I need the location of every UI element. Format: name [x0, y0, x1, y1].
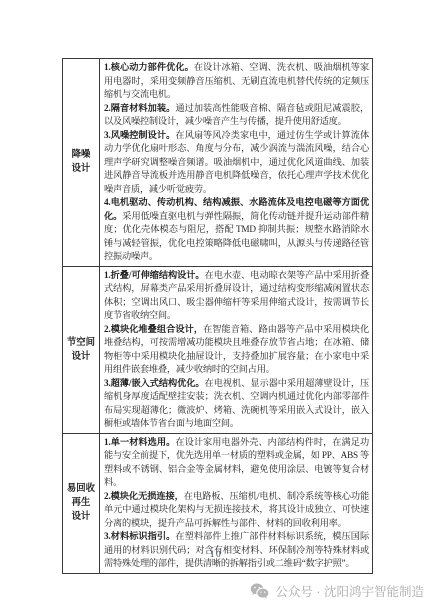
- table-item: 1.折叠/可伸缩结构设计。在电水壶、电动晾衣架等产品中采用折叠式结构，屏幕类产品…: [104, 269, 369, 323]
- watermark-text: 公众号 · 沈阳鸿宇智能制造: [275, 582, 424, 600]
- item-lead: 2.模块化无损连接，: [104, 491, 184, 501]
- table-item: 3.超薄/嵌入式结构优化。在电视机、显示器中采用超薄壁设计，压缩机身厚度适配壁挂…: [104, 377, 369, 431]
- item-lead: 2.模块化堆叠组合设计，: [104, 324, 203, 334]
- item-lead: 2.隔音材料加装。: [104, 103, 175, 113]
- row-label-noise-reduction: 降噪 设计: [63, 59, 100, 266]
- item-lead: 3.风噪控制设计。: [104, 130, 175, 140]
- table-item: 4.电机驱动、传动机构、结构减振、水路流体及电控电磁等方面优化。采用低噪直驱电机…: [104, 196, 369, 264]
- table-item: 2.模块化无损连接，在电路板、压缩机/电机、制冷系统等核心功能单元中通过模块化架…: [104, 490, 369, 531]
- page-number: 10: [0, 550, 432, 560]
- item-lead: 3.超薄/嵌入式结构优化。: [104, 378, 205, 388]
- item-lead: 3.材料标识指引。: [104, 531, 175, 541]
- table-item: 2.模块化堆叠组合设计，在智能音箱、路由器等产品中采用模块化堆叠结构，可按需增减…: [104, 323, 369, 377]
- row-content-space-saving: 1.折叠/可伸缩结构设计。在电水壶、电动晾衣架等产品中采用折叠式结构，屏幕类产品…: [100, 267, 372, 433]
- watermark-footer: 公众号 · 沈阳鸿宇智能制造: [250, 582, 424, 600]
- table-item: 1.单一材料选用。在设计家用电器外壳、内部结构件时，在满足功能与安全前提下，优先…: [104, 436, 369, 490]
- table-item: 2.隔音材料加装。通过加装高性能吸音棉、隔音毡或阻尼减震胶，以及风噪控制设计，减…: [104, 102, 369, 129]
- table-item: 1.核心动力部件优化。在设计冰箱、空调、洗衣机、吸油烟机等家用电器时，采用变频静…: [104, 61, 369, 102]
- item-lead: 1.核心动力部件优化。: [104, 62, 194, 72]
- table-row-noise-reduction: 降噪 设计 1.核心动力部件优化。在设计冰箱、空调、洗衣机、吸油烟机等家用电器时…: [63, 59, 372, 267]
- item-lead: 1.单一材料选用。: [104, 437, 175, 447]
- table-item: 3.风噪控制设计。在风扇等风冷类家电中，通过仿生学或计算流体动力学优化扇叶形态、…: [104, 129, 369, 197]
- table-row-space-saving: 节空间 设计 1.折叠/可伸缩结构设计。在电水壶、电动晾衣架等产品中采用折叠式结…: [63, 267, 372, 434]
- row-content-noise-reduction: 1.核心动力部件优化。在设计冰箱、空调、洗衣机、吸油烟机等家用电器时，采用变频静…: [100, 59, 372, 266]
- item-text: 采用低噪直驱电机与弹性隔振，简化传动链并提升运动部件精度；优化壳体模态与阻尼，搭…: [104, 211, 369, 262]
- design-measures-table: 降噪 设计 1.核心动力部件优化。在设计冰箱、空调、洗衣机、吸油烟机等家用电器时…: [62, 58, 373, 574]
- wechat-icon: [250, 583, 269, 599]
- row-label-space-saving: 节空间 设计: [63, 267, 100, 433]
- item-lead: 1.折叠/可伸缩结构设计。: [104, 270, 205, 280]
